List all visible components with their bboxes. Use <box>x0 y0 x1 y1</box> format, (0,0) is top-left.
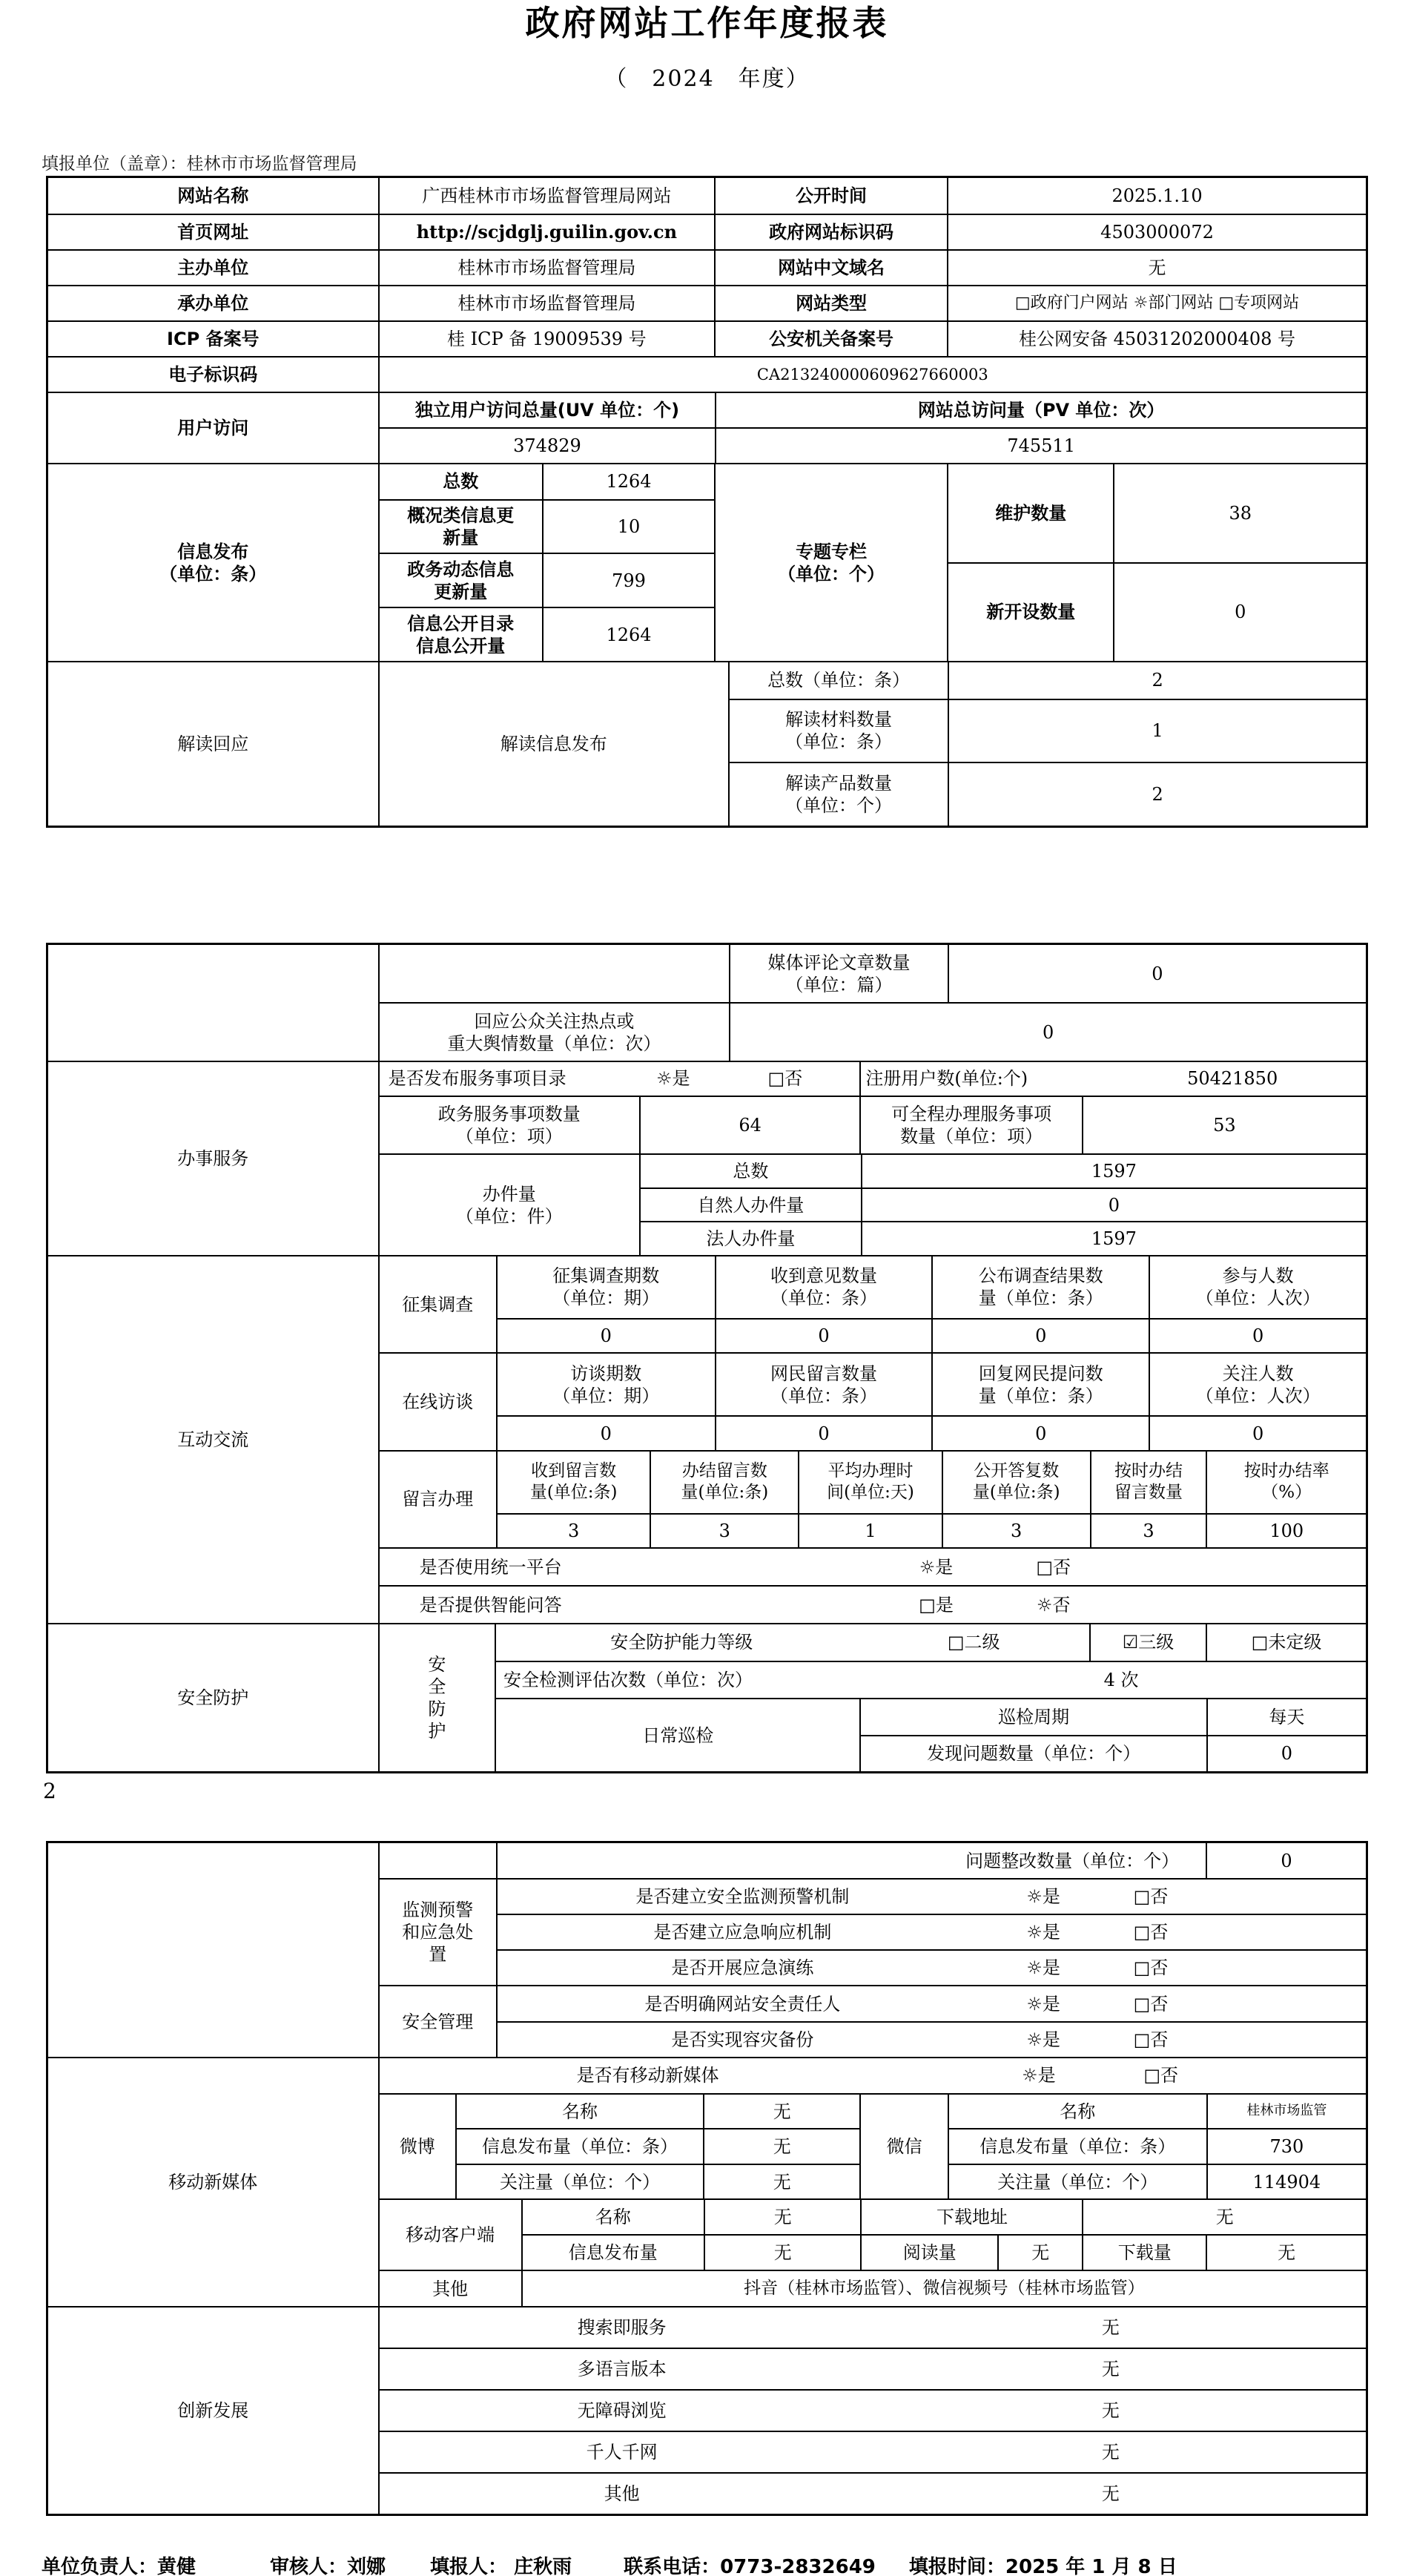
undertake-unit-label: 承办单位 <box>48 286 378 320</box>
registered-users-value: 50421850 <box>1103 1067 1361 1090</box>
survey-v1: 0 <box>498 1320 715 1352</box>
table-row: 主办单位 桂林市市场监督管理局 网站中文域名 无 <box>48 249 1366 285</box>
pub-news-value: 799 <box>542 554 714 607</box>
table-row: ICP 备案号 桂 ICP 备 19009539 号 公安机关备案号 桂公网安备… <box>48 320 1366 356</box>
table-row: 承办单位 桂林市市场监督管理局 网站类型 □政府门户网站 ☼部门网站 □专项网站 <box>48 285 1366 320</box>
weibo-followers-value: 无 <box>703 2165 859 2199</box>
disaster-backup-label: 是否实现容灾备份 <box>502 2029 983 2051</box>
wechat-name-value: 桂林市场监管 <box>1206 2095 1366 2129</box>
maintain-count-value: 38 <box>1113 464 1366 562</box>
unified-yes-checkbox: ☼是 <box>863 1556 1010 1578</box>
response-yes-checkbox: ☼是 <box>983 1921 1103 1943</box>
has-mobile-cell: 是否有移动新媒体 ☼是 □否 <box>380 2058 1366 2093</box>
mobile-media-block: 移动新媒体 是否有移动新媒体 ☼是 □否 微博 名称 无 <box>48 2057 1366 2306</box>
emergency-response-cell: 是否建立应急响应机制 ☼是 □否 <box>498 1915 1366 1949</box>
wechat-posts-value: 730 <box>1206 2129 1366 2164</box>
registered-users-label: 注册用户数(单位:个) <box>865 1067 1103 1090</box>
security-sub-label: 安 全 防 护 <box>378 1624 495 1771</box>
case-person-value: 0 <box>861 1189 1366 1222</box>
case-total-label: 总数 <box>641 1155 861 1187</box>
service-interaction-security-table: 媒体评论文章数量 （单位：篇） 0 回应公众关注热点或 重大舆情数量（单位：次）… <box>46 943 1368 1773</box>
respond-hotspot-value: 0 <box>729 1004 1366 1061</box>
empty-cell <box>380 1843 496 1878</box>
site-type-checkboxes: □政府门户网站 ☼部门网站 □专项网站 <box>947 286 1366 320</box>
rectify-count-value: 0 <box>1206 1843 1366 1878</box>
pub-news-label: 政务动态信息 更新量 <box>380 554 542 607</box>
interpret-items: 总数（单位：条） 2 解读材料数量 （单位：条） 1 解读产品数量 （单位：个）… <box>728 662 1366 826</box>
interpret-sub-label: 解读信息发布 <box>378 662 728 826</box>
empty-cell <box>48 945 378 1061</box>
service-block: 办事服务 是否发布服务事项目录 ☼是 □否 注册用户数(单位:个) 504218… <box>48 1061 1366 1255</box>
survey-v3: 0 <box>931 1320 1149 1352</box>
pub-catalog-label: 信息公开目录 信息公开量 <box>380 608 542 661</box>
visit-row: 用户访问 独立用户访问总量(UV 单位：个) 网站总访问量（PV 单位：次） 3… <box>48 392 1366 463</box>
has-mobile-no-checkbox: □否 <box>1107 2064 1215 2086</box>
monitor-yes-checkbox: ☼是 <box>983 1885 1103 1908</box>
footer-phone: 联系电话：0773-2832649 <box>624 2552 876 2576</box>
msg-h2: 办结留言数 量(单位:条) <box>650 1452 798 1513</box>
respond-hotspot-label: 回应公众关注热点或 重大舆情数量（单位：次） <box>380 1004 730 1061</box>
app-name-label: 名称 <box>523 2200 704 2234</box>
problems-found-label: 发现问题数量（单位：个） <box>861 1736 1206 1772</box>
disaster-backup-cell: 是否实现容灾备份 ☼是 □否 <box>498 2023 1366 2057</box>
mobile-app-label: 移动客户端 <box>380 2200 521 2270</box>
msg-v4: 3 <box>942 1515 1090 1547</box>
case-total-value: 1597 <box>861 1155 1366 1187</box>
cn-domain-value: 无 <box>947 251 1366 285</box>
footer-reporter: 填报人： 庄秋雨 <box>430 2552 572 2576</box>
monitor-manage-block: 问题整改数量（单位：个） 0 监测预警 和应急处 置 是否建立安全监测预警机制 … <box>48 1843 1366 2057</box>
uv-value: 374829 <box>380 429 716 463</box>
smart-qa-cell: 是否提供智能问答 □是 ☼否 <box>380 1587 1366 1623</box>
msg-v6: 100 <box>1206 1515 1366 1547</box>
survey-h2: 收到意见数量 （单位：条） <box>715 1256 932 1318</box>
app-reads-value: 无 <box>997 2236 1082 2270</box>
publish-time-value: 2025.1.10 <box>947 178 1366 214</box>
patrol-cycle-value: 每天 <box>1206 1699 1366 1735</box>
pub-catalog-value: 1264 <box>542 608 714 661</box>
site-code-value: 4503000072 <box>947 215 1366 249</box>
app-download-value: 无 <box>1082 2200 1366 2234</box>
footer-date: 填报时间：2025 年 1 月 8 日 <box>909 2552 1177 2576</box>
drill-no-checkbox: □否 <box>1103 1957 1198 1979</box>
visit-grid: 独立用户访问总量(UV 单位：个) 网站总访问量（PV 单位：次） 374829… <box>378 393 1366 463</box>
interpret-product-value: 2 <box>948 763 1366 826</box>
interview-v2: 0 <box>715 1417 932 1449</box>
owner-no-checkbox: □否 <box>1103 1993 1198 2015</box>
catalog-no-checkbox: □否 <box>715 1067 855 1090</box>
police-record-value: 桂公网安备 45031202000408 号 <box>947 322 1366 356</box>
msg-v1: 3 <box>498 1515 650 1547</box>
full-process-label: 可全程办理服务事项 数量（单位：项） <box>859 1097 1081 1153</box>
monitor-mechanism-label: 是否建立安全监测预警机制 <box>502 1885 983 1908</box>
case-legal-label: 法人办件量 <box>641 1222 861 1255</box>
level-2-checkbox: □二级 <box>862 1631 1084 1653</box>
innovation-other-cell: 其他 无 <box>380 2474 1366 2514</box>
other-media-label: 其他 <box>380 2271 521 2306</box>
table-row: 电子标识码 CA213240000609627660003 <box>48 356 1366 392</box>
interview-label: 在线访谈 <box>380 1354 496 1449</box>
icp-label: ICP 备案号 <box>48 322 378 356</box>
patrol-cycle-label: 巡检周期 <box>861 1699 1206 1735</box>
search-service-label: 搜索即服务 <box>384 2316 860 2339</box>
interview-h2: 网民留言数量 （单位：条） <box>715 1354 932 1415</box>
interpret-material-label: 解读材料数量 （单位：条） <box>730 700 948 762</box>
report-page: 政府网站工作年度报表 （ 2024 年度） 填报单位（盖章）：桂林市市场监督管理… <box>0 0 1414 2576</box>
basic-info-table: 网站名称 广西桂林市市场监督管理局网站 公开时间 2025.1.10 首页网址 … <box>46 176 1368 828</box>
monitor-no-checkbox: □否 <box>1103 1885 1198 1908</box>
msg-v5: 3 <box>1090 1515 1206 1547</box>
rectify-count-label: 问题整改数量（单位：个） <box>496 1843 1206 1878</box>
multi-language-value: 无 <box>860 2358 1361 2380</box>
app-download-label: 下载地址 <box>860 2200 1082 2234</box>
interview-v1: 0 <box>498 1417 715 1449</box>
accessibility-label: 无障碍浏览 <box>384 2399 860 2422</box>
visit-label: 用户访问 <box>48 393 378 463</box>
pub-overview-label: 概况类信息更 新量 <box>380 501 542 553</box>
filler-unit-line: 填报单位（盖章）：桂林市市场监督管理局 <box>42 152 1414 176</box>
interaction-section-label: 互动交流 <box>48 1256 378 1623</box>
new-count-value: 0 <box>1113 564 1366 662</box>
interview-v3: 0 <box>931 1417 1149 1449</box>
msg-h1: 收到留言数 量(单位:条) <box>498 1452 650 1513</box>
wechat-followers-value: 114904 <box>1206 2165 1366 2199</box>
service-catalog-cell: 是否发布服务事项目录 ☼是 □否 <box>380 1062 860 1096</box>
innovation-section-label: 创新发展 <box>48 2307 378 2514</box>
case-legal-value: 1597 <box>861 1222 1366 1255</box>
owner-yes-checkbox: ☼是 <box>983 1993 1103 2015</box>
has-mobile-yes-checkbox: ☼是 <box>971 2064 1108 2086</box>
police-record-label: 公安机关备案号 <box>714 322 947 356</box>
weibo-name-label: 名称 <box>457 2095 703 2129</box>
weibo-label: 微博 <box>380 2095 455 2199</box>
app-downloads-value: 无 <box>1206 2236 1366 2270</box>
backup-no-checkbox: □否 <box>1103 2029 1198 2051</box>
host-unit-value: 桂林市市场监督管理局 <box>378 251 714 285</box>
case-volume-label: 办件量 （单位：件） <box>380 1155 639 1255</box>
full-process-value: 53 <box>1082 1097 1366 1153</box>
emergency-drill-cell: 是否开展应急演练 ☼是 □否 <box>498 1951 1366 1985</box>
pv-label: 网站总访问量（PV 单位：次） <box>715 393 1366 427</box>
interview-v4: 0 <box>1149 1417 1366 1449</box>
unified-platform-cell: 是否使用统一平台 ☼是 □否 <box>380 1549 1366 1585</box>
personalized-web-value: 无 <box>860 2441 1361 2463</box>
msg-h5: 按时办结 留言数量 <box>1090 1452 1206 1513</box>
security-assess-label: 安全检测评估次数（单位：次） <box>503 1669 881 1691</box>
search-service-cell: 搜索即服务 无 <box>380 2307 1366 2348</box>
emergency-media-innovation-table: 问题整改数量（单位：个） 0 监测预警 和应急处 置 是否建立安全监测预警机制 … <box>46 1841 1368 2516</box>
media-respond-block: 媒体评论文章数量 （单位：篇） 0 回应公众关注热点或 重大舆情数量（单位：次）… <box>48 945 1366 1061</box>
monitor-warning-label: 监测预警 和应急处 置 <box>380 1880 496 1985</box>
eid-value: CA213240000609627660003 <box>378 358 1366 392</box>
security-assess-cell: 安全检测评估次数（单位：次） 4 次 <box>496 1662 1366 1699</box>
survey-h1: 征集调查期数 （单位：期） <box>498 1256 715 1318</box>
footer-signature-line: 单位负责人：黄健 审核人：刘娜 填报人： 庄秋雨 联系电话：0773-28326… <box>0 2552 1414 2576</box>
search-service-value: 无 <box>860 2316 1361 2339</box>
special-column-label: 专题专栏 （单位：个） <box>714 464 947 661</box>
backup-yes-checkbox: ☼是 <box>983 2029 1103 2051</box>
interaction-block: 互动交流 征集调查 征集调查期数 （单位：期） 收到意见数量 （单位：条） 公布… <box>48 1255 1366 1623</box>
survey-h3: 公布调查结果数 量（单位：条） <box>931 1256 1149 1318</box>
maintain-count-label: 维护数量 <box>948 464 1113 562</box>
monitor-mechanism-cell: 是否建立安全监测预警机制 ☼是 □否 <box>498 1880 1366 1914</box>
multi-language-cell: 多语言版本 无 <box>380 2349 1366 2389</box>
interpret-total-value: 2 <box>948 662 1366 699</box>
media-comment-value: 0 <box>948 945 1366 1002</box>
page-number: 2 <box>43 1779 56 1803</box>
emergency-response-label: 是否建立应急响应机制 <box>502 1921 983 1943</box>
interpret-label: 解读回应 <box>48 662 378 826</box>
security-owner-label: 是否明确网站安全责任人 <box>502 1993 983 2015</box>
msg-h4: 公开答复数 量(单位:条) <box>942 1452 1090 1513</box>
site-code-label: 政府网站标识码 <box>714 215 947 249</box>
home-url-value: http://scjdglj.guilin.gov.cn <box>378 215 714 249</box>
page-subtitle: （ 2024 年度） <box>0 66 1414 93</box>
emergency-drill-label: 是否开展应急演练 <box>502 1957 983 1979</box>
problems-found-value: 0 <box>1206 1736 1366 1772</box>
wechat-followers-label: 关注量（单位：个） <box>949 2165 1206 2199</box>
interview-h3: 回复网民提问数 量（单位：条） <box>931 1354 1149 1415</box>
msg-v3: 1 <box>798 1515 942 1547</box>
site-type-label: 网站类型 <box>714 286 947 320</box>
page-title: 政府网站工作年度报表 <box>0 3 1414 44</box>
security-owner-cell: 是否明确网站安全责任人 ☼是 □否 <box>498 1986 1366 2020</box>
security-level-label: 安全防护能力等级 <box>500 1631 862 1653</box>
accessibility-cell: 无障碍浏览 无 <box>380 2391 1366 2431</box>
security-section-label: 安全防护 <box>48 1624 378 1771</box>
interpret-material-value: 1 <box>948 700 1366 762</box>
undertake-unit-value: 桂林市市场监督管理局 <box>378 286 714 320</box>
security-manage-label: 安全管理 <box>380 1986 496 2057</box>
survey-v2: 0 <box>715 1320 932 1352</box>
interview-h1: 访谈期数 （单位：期） <box>498 1354 715 1415</box>
message-handle-label: 留言办理 <box>380 1452 496 1547</box>
innovation-block: 创新发展 搜索即服务 无 多语言版本 无 无障碍浏览 <box>48 2306 1366 2514</box>
interpret-product-label: 解读产品数量 （单位：个） <box>730 763 948 826</box>
host-unit-label: 主办单位 <box>48 251 378 285</box>
innovation-other-value: 无 <box>860 2483 1361 2505</box>
pub-total-value: 1264 <box>542 464 714 499</box>
mobile-media-label: 移动新媒体 <box>48 2058 378 2306</box>
icp-value: 桂 ICP 备 19009539 号 <box>378 322 714 356</box>
table-row: 首页网址 http://scjdglj.guilin.gov.cn 政府网站标识… <box>48 214 1366 249</box>
catalog-yes-checkbox: ☼是 <box>631 1067 715 1090</box>
empty-cell <box>48 1843 378 2057</box>
cn-domain-label: 网站中文域名 <box>714 251 947 285</box>
site-name-label: 网站名称 <box>48 178 378 214</box>
weibo-posts-value: 无 <box>703 2129 859 2164</box>
wechat-label: 微信 <box>859 2095 947 2199</box>
empty-cell <box>380 945 730 1002</box>
accessibility-value: 无 <box>860 2399 1361 2422</box>
unified-no-checkbox: □否 <box>1009 1556 1097 1578</box>
pub-total-label: 总数 <box>380 464 542 499</box>
other-media-value: 抖音（桂林市场监管）、微信视频号（桂林市场监管） <box>521 2271 1366 2306</box>
footer-owner: 单位负责人：黄健 <box>42 2552 196 2576</box>
security-assess-value: 4 次 <box>881 1669 1361 1691</box>
pv-value: 745511 <box>715 429 1366 463</box>
app-downloads-label: 下载量 <box>1082 2236 1206 2270</box>
table-row: 网站名称 广西桂林市市场监督管理局网站 公开时间 2025.1.10 <box>48 178 1366 214</box>
interview-h4: 关注人数 （单位：人次） <box>1149 1354 1366 1415</box>
interpret-block: 解读回应 解读信息发布 总数（单位：条） 2 解读材料数量 （单位：条） 1 解… <box>48 661 1366 826</box>
msg-h3: 平均办理时 间(单位:天) <box>798 1452 942 1513</box>
smart-qa-no-checkbox: ☼否 <box>1009 1594 1097 1616</box>
registered-users-cell: 注册用户数(单位:个) 50421850 <box>859 1062 1366 1096</box>
service-section-label: 办事服务 <box>48 1062 378 1255</box>
smart-qa-label: 是否提供智能问答 <box>384 1594 863 1616</box>
smart-qa-yes-checkbox: □是 <box>863 1594 1010 1616</box>
app-posts-value: 无 <box>704 2236 861 2270</box>
pub-overview-value: 10 <box>542 501 714 553</box>
has-mobile-label: 是否有移动新媒体 <box>384 2064 912 2086</box>
personalized-web-cell: 千人千网 无 <box>380 2432 1366 2472</box>
interpret-total-label: 总数（单位：条） <box>730 662 948 699</box>
case-person-label: 自然人办件量 <box>641 1189 861 1222</box>
survey-v4: 0 <box>1149 1320 1366 1352</box>
special-column-items: 维护数量 38 新开设数量 0 <box>947 464 1366 661</box>
eid-label: 电子标识码 <box>48 358 378 392</box>
app-name-value: 无 <box>704 2200 861 2234</box>
unified-platform-label: 是否使用统一平台 <box>384 1556 863 1578</box>
home-url-label: 首页网址 <box>48 215 378 249</box>
weibo-followers-label: 关注量（单位：个） <box>457 2165 703 2199</box>
weibo-name-value: 无 <box>703 2095 859 2129</box>
publish-time-label: 公开时间 <box>714 178 947 214</box>
service-matters-label: 政务服务事项数量 （单位：项） <box>380 1097 639 1153</box>
level-none-checkbox: □未定级 <box>1206 1624 1366 1661</box>
media-comment-label: 媒体评论文章数量 （单位：篇） <box>729 945 948 1002</box>
response-no-checkbox: □否 <box>1103 1921 1198 1943</box>
msg-v2: 3 <box>650 1515 798 1547</box>
innovation-other-label: 其他 <box>384 2483 860 2505</box>
drill-yes-checkbox: ☼是 <box>983 1957 1103 1979</box>
level-3-checkbox: ☑三级 <box>1089 1624 1206 1661</box>
msg-h6: 按时办结率 （%） <box>1206 1452 1366 1513</box>
survey-label: 征集调查 <box>380 1256 496 1352</box>
footer-auditor: 审核人：刘娜 <box>270 2552 386 2576</box>
wechat-posts-label: 信息发布量（单位：条） <box>949 2129 1206 2164</box>
service-matters-value: 64 <box>639 1097 859 1153</box>
weibo-posts-label: 信息发布量（单位：条） <box>457 2129 703 2164</box>
new-count-label: 新开设数量 <box>948 564 1113 662</box>
security-block: 安全防护 安 全 防 护 安全防护能力等级 □二级 ☑三级 □未定级 安全检测评… <box>48 1623 1366 1771</box>
wechat-name-label: 名称 <box>949 2095 1206 2129</box>
info-publish-label: 信息发布 （单位：条） <box>48 464 378 661</box>
info-publish-block: 信息发布 （单位：条） 总数 1264 概况类信息更 新量 10 政务动态信息 … <box>48 463 1366 661</box>
site-name-value: 广西桂林市市场监督管理局网站 <box>378 178 714 214</box>
app-reads-label: 阅读量 <box>860 2236 997 2270</box>
security-level-cell: 安全防护能力等级 □二级 <box>496 1624 1089 1661</box>
personalized-web-label: 千人千网 <box>384 2441 860 2463</box>
survey-h4: 参与人数 （单位：人次） <box>1149 1256 1366 1318</box>
app-posts-label: 信息发布量 <box>523 2236 704 2270</box>
uv-label: 独立用户访问总量(UV 单位：个) <box>380 393 716 427</box>
service-catalog-label: 是否发布服务事项目录 <box>389 1067 631 1090</box>
info-publish-items: 总数 1264 概况类信息更 新量 10 政务动态信息 更新量 799 信息公开… <box>378 464 714 661</box>
multi-language-label: 多语言版本 <box>384 2358 860 2380</box>
daily-patrol-label: 日常巡检 <box>496 1699 859 1771</box>
